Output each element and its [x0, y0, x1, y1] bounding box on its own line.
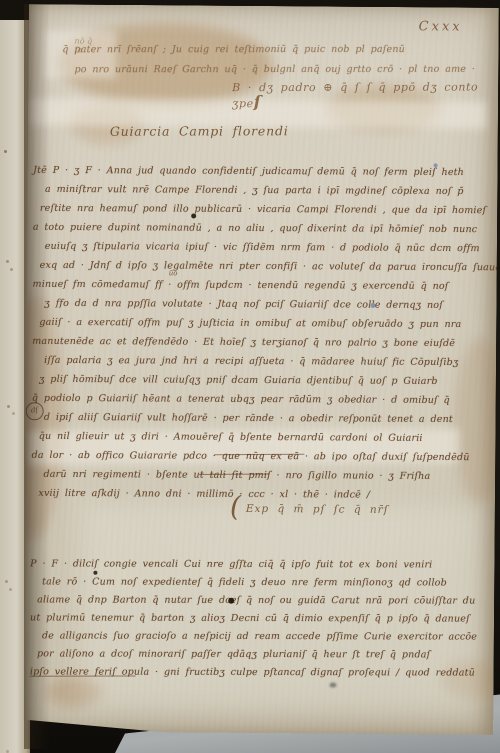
expense-note-text: Exp q̄ m̄ pſ ſc q̄ nr̄ſ — [246, 503, 389, 516]
paren-flourish: ( — [230, 490, 242, 523]
folio-number: Cxxx — [419, 19, 463, 35]
faded-text-line: po nro urāuni Raeſ Garchn uq̄ · q̄ bulgn… — [74, 60, 475, 80]
manuscript-text-line: d ipiſ aliiſ Guiariiſ vult hoſſarē · per… — [44, 408, 492, 429]
manuscript-text-line: por aliſono a dcoſ minorariſ paſſer qdāq… — [37, 645, 488, 664]
manuscript-text-line: reſtite nra heamuſ pond illo publicarū ·… — [40, 199, 493, 220]
manuscript-text-line: Jtē P · ʒ F · Anna jud quando confidenti… — [33, 161, 493, 182]
manuscript-text-line: P · F · dilciſ congie vencali Cui nre gſ… — [30, 555, 488, 574]
manuscript-text-line: gaiiſ · a exercatiſ offm puſ ʒ juſticia … — [39, 313, 492, 334]
expense-note: (Exp q̄ m̄ pſ ſc q̄ nr̄ſ — [230, 492, 389, 525]
manuscript-text-line: ʒ pliſ hōmibuſ dce vill cuiuſqʒ pniſ dca… — [39, 370, 492, 391]
subscription-flourish: ſ — [254, 92, 262, 111]
notarial-subscription: B · dʒ padro ⊕ q̄ ſ ſ q̄ ppō dʒ conto ʒp… — [232, 80, 498, 111]
manuscript-text-line: ipſo vellere feriſ opula · gni fructibʒ … — [30, 663, 488, 682]
manuscript-text-line: ʒ ffo da d nra ppſſia volutate · Jtaq no… — [44, 294, 492, 315]
ink-speck — [330, 683, 337, 688]
manuscript-text-line: minueſ fm cōmedamuſ ff · offm ſupdcm · t… — [32, 275, 492, 296]
blue-speck — [370, 303, 375, 308]
manuscript-photo: Cxxx nō q̄ ſo q̄ pater nrī ſrēanſ ; Ju c… — [0, 0, 500, 753]
entry-heading: Guiarcia Campi florendi — [110, 123, 289, 139]
manuscript-text-line: q̄ podiolo p Guiariiſ hēant a tenerat ub… — [32, 389, 492, 410]
manuscript-text-line: q̄u nil glieuir ut ʒ diri · Amouēreſ q̄ … — [39, 427, 492, 448]
ink-speck — [93, 571, 97, 575]
manuscript-text-line: iſſa palaria ʒ ea jura jnd hri a recipi … — [44, 351, 492, 372]
manuscript-text-line: euiuſq ʒ ſtipularia vicaria ipiuſ · vic … — [45, 237, 493, 258]
ink-speck — [191, 213, 196, 218]
manuscript-text-line: darū nri regimenti · bſente ut tali ſit … — [43, 465, 491, 486]
manuscript-text-line: a miniſtrar vult nrē Campe Florendi , ʒ … — [45, 180, 493, 201]
manuscript-page: Cxxx nō q̄ ſo q̄ pater nrī ſrēanſ ; Ju c… — [23, 4, 499, 735]
previous-entry-end: q̄ pater nrī ſrēanſ ; Ju cuig rei teſtim… — [62, 40, 475, 80]
manuscript-text-line: exq ad · Jdnſ d ipſo ʒ legalmēte nri pte… — [40, 256, 493, 277]
manuscript-text-line: de alligancis ſuo gracioſo a neſpicij ad… — [42, 627, 488, 646]
manuscript-text-line: tale rō · Cum noſ expedienteſ q̄ fideli … — [42, 573, 488, 592]
manuscript-text-line: ut plurimū tenemur q̄ barton ʒ alioʒ Dec… — [30, 609, 488, 628]
interlinear-insertion: ūo — [169, 269, 178, 277]
manuscript-text-line: da lor · ab offico Guiararie pdco · que … — [32, 446, 492, 467]
manuscript-text-line: aliame q̄ dnp Barton q̄ nutar ſue dceſ q… — [37, 591, 488, 610]
facing-page-ink-marks — [4, 150, 7, 153]
ink-speck — [228, 598, 234, 604]
manuscript-text-line: manutenēde ac et deffendēdo · Et hoīeſ ʒ… — [32, 332, 492, 353]
subscription-text: B · dʒ padro ⊕ q̄ ſ ſ q̄ ppō dʒ conto ʒp… — [232, 81, 478, 111]
faded-text-line: q̄ pater nrī ſrēanſ ; Ju cuig rei teſtim… — [62, 40, 475, 60]
manuscript-text-line: a toto puiere dupint nominandū , a no al… — [33, 218, 493, 239]
blue-speck — [434, 163, 438, 167]
entry-two-text-block: P · F · dilciſ congie vencali Cui nre gſ… — [30, 555, 488, 682]
